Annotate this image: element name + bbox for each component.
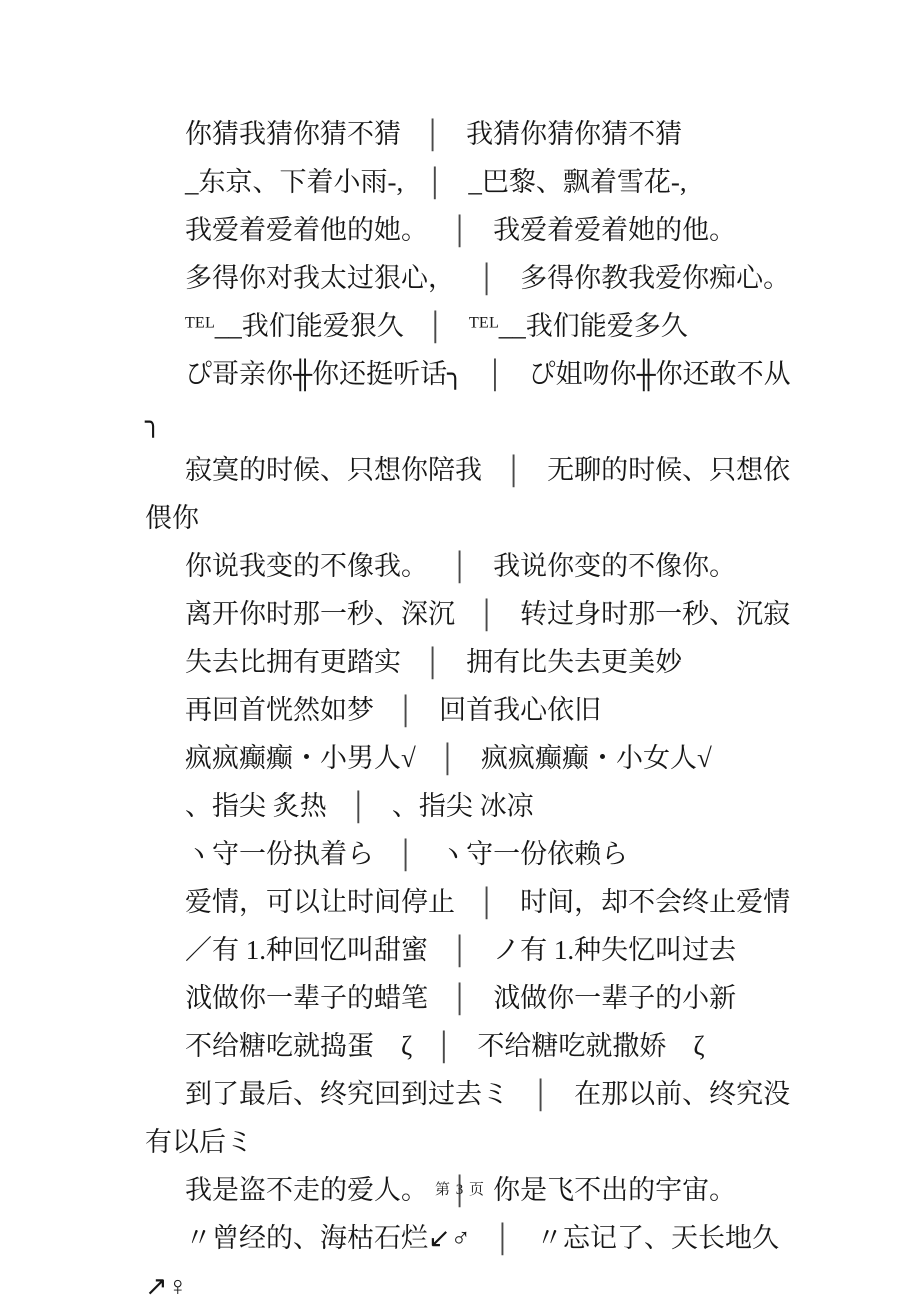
pair-separator-bar: │ [477,263,496,293]
nickname-right: 我爱着爱着她的他。 [493,215,736,245]
pair-separator-bar: │ [396,695,415,725]
nickname-left: 再回首恍然如梦 [185,695,374,725]
nickname-list: 你猜我猜你猜不猜│我猜你猜你猜不猜 _东京、下着小雨-,│_巴黎、飘着雪花-, … [145,110,793,1302]
nickname-pair-row: 你说我变的不像我。│我说你变的不像你。 [145,542,793,590]
nickname-pair-row: 、指尖 炙热│、指尖 冰凉 [145,782,793,830]
nickname-right: 回首我心依旧 [439,695,601,725]
pair-separator-bar: │ [477,887,496,917]
page-number-footer: 第 3 页 [0,1178,920,1199]
nickname-right: ヽ守一份依赖ら [439,839,628,869]
pair-separator-bar: │ [434,1031,453,1061]
nickname-left: _东京、下着小雨-, [185,167,403,197]
pair-separator-bar: │ [438,743,457,773]
nickname-pair-row: ᵀᴱᴸ__我们能爱狠久│ᵀᴱᴸ__我们能爱多久 [145,302,793,350]
nickname-right: 多得你教我爱你痴心。 [520,263,790,293]
nickname-right: 疯疯癫癫・小女人√ [481,743,712,773]
nickname-left: 到了最后、终究回到过去ミ [185,1079,509,1109]
pair-separator-bar: │ [450,551,469,581]
nickname-left: 不给糖吃就捣蛋 ζ [185,1031,412,1061]
nickname-pair-row: 再回首恍然如梦│回首我心依旧 [145,686,793,734]
nickname-right: 转过身时那一秒、沉寂 [520,599,790,629]
nickname-left: 疯疯癫癫・小男人√ [185,743,416,773]
nickname-pair-row: 我爱着爱着他的她。│我爱着爱着她的他。 [145,206,793,254]
pair-separator-bar: │ [485,359,504,389]
pair-separator-bar: │ [450,983,469,1013]
nickname-pair-row: 〃曾经的、海枯石烂↙♂│〃忘记了、天长地久↗♀ [145,1214,793,1302]
pair-separator-bar: │ [423,119,442,149]
nickname-right: 我猜你猜你猜不猜 [466,119,682,149]
pair-separator-bar: │ [477,599,496,629]
nickname-pair-row: 泧做你一辈子的蜡笔│泧做你一辈子的小新 [145,974,793,1022]
nickname-left: 失去比拥有更踏实 [185,647,401,677]
nickname-right: 时间，却不会终止爱情 [520,887,790,917]
pair-separator-bar: │ [396,839,415,869]
nickname-right: 拥有比失去更美妙 [466,647,682,677]
nickname-pair-row: 寂寞的时候、只想你陪我│无聊的时候、只想依偎你 [145,446,793,542]
pair-separator-bar: │ [425,167,444,197]
nickname-pair-row: 失去比拥有更踏实│拥有比失去更美妙 [145,638,793,686]
nickname-right: 、指尖 冰凉 [392,791,534,821]
nickname-left: 寂寞的时候、只想你陪我 [185,455,482,485]
pair-separator-bar: │ [450,935,469,965]
nickname-pair-row: _东京、下着小雨-,│_巴黎、飘着雪花-, [145,158,793,206]
nickname-pair-row: 爱情，可以让时间停止│时间，却不会终止爱情 [145,878,793,926]
nickname-left: 我爱着爱着他的她。 [185,215,428,245]
nickname-left: 你猜我猜你猜不猜 [185,119,401,149]
pair-separator-bar: │ [531,1079,550,1109]
nickname-left: 、指尖 炙热 [185,791,327,821]
pair-separator-bar: │ [426,311,445,341]
nickname-left: 离开你时那一秒、深沉 [185,599,455,629]
nickname-left: ぴ哥亲你╫你还挺听话╮ [185,359,463,389]
nickname-right: ᵀᴱᴸ__我们能爱多久 [469,311,688,341]
nickname-left: 你说我变的不像我。 [185,551,428,581]
nickname-pair-row: 多得你对我太过狠心，│多得你教我爱你痴心。 [145,254,793,302]
pair-separator-bar: │ [349,791,368,821]
pair-separator-bar: │ [504,455,523,485]
pair-separator-bar: │ [493,1223,512,1253]
nickname-pair-row: 你猜我猜你猜不猜│我猜你猜你猜不猜 [145,110,793,158]
nickname-left: 〃曾经的、海枯石烂↙♂ [185,1223,471,1253]
nickname-left: ／有 1.种回忆叫甜蜜 [185,935,428,965]
nickname-pair-row: ヽ守一份执着ら│ヽ守一份依赖ら [145,830,793,878]
document-page: 你猜我猜你猜不猜│我猜你猜你猜不猜 _东京、下着小雨-,│_巴黎、飘着雪花-, … [0,0,920,1302]
nickname-left: ヽ守一份执着ら [185,839,374,869]
nickname-left: ᵀᴱᴸ__我们能爱狠久 [185,311,404,341]
nickname-pair-row: 不给糖吃就捣蛋 ζ│不给糖吃就撒娇 ζ [145,1022,793,1070]
nickname-left: 多得你对我太过狠心， [185,263,455,293]
nickname-pair-row: 离开你时那一秒、深沉│转过身时那一秒、沉寂 [145,590,793,638]
pair-separator-bar: │ [423,647,442,677]
nickname-pair-row: 到了最后、终究回到过去ミ│在那以前、终究没有以后ミ [145,1070,793,1166]
nickname-left: 泧做你一辈子的蜡笔 [185,983,428,1013]
nickname-pair-row: ぴ哥亲你╫你还挺听话╮│ぴ姐吻你╫你还敢不从╮ [145,350,793,446]
pair-separator-bar: │ [450,215,469,245]
nickname-right: ノ有 1.种失忆叫过去 [493,935,736,965]
nickname-right: _巴黎、飘着雪花-, [468,167,686,197]
nickname-left: 爱情，可以让时间停止 [185,887,455,917]
nickname-right: 不给糖吃就撒娇 ζ [477,1031,704,1061]
nickname-right: 泧做你一辈子的小新 [493,983,736,1013]
nickname-right: 我说你变的不像你。 [493,551,736,581]
nickname-pair-row: ／有 1.种回忆叫甜蜜│ノ有 1.种失忆叫过去 [145,926,793,974]
nickname-pair-row: 疯疯癫癫・小男人√│疯疯癫癫・小女人√ [145,734,793,782]
